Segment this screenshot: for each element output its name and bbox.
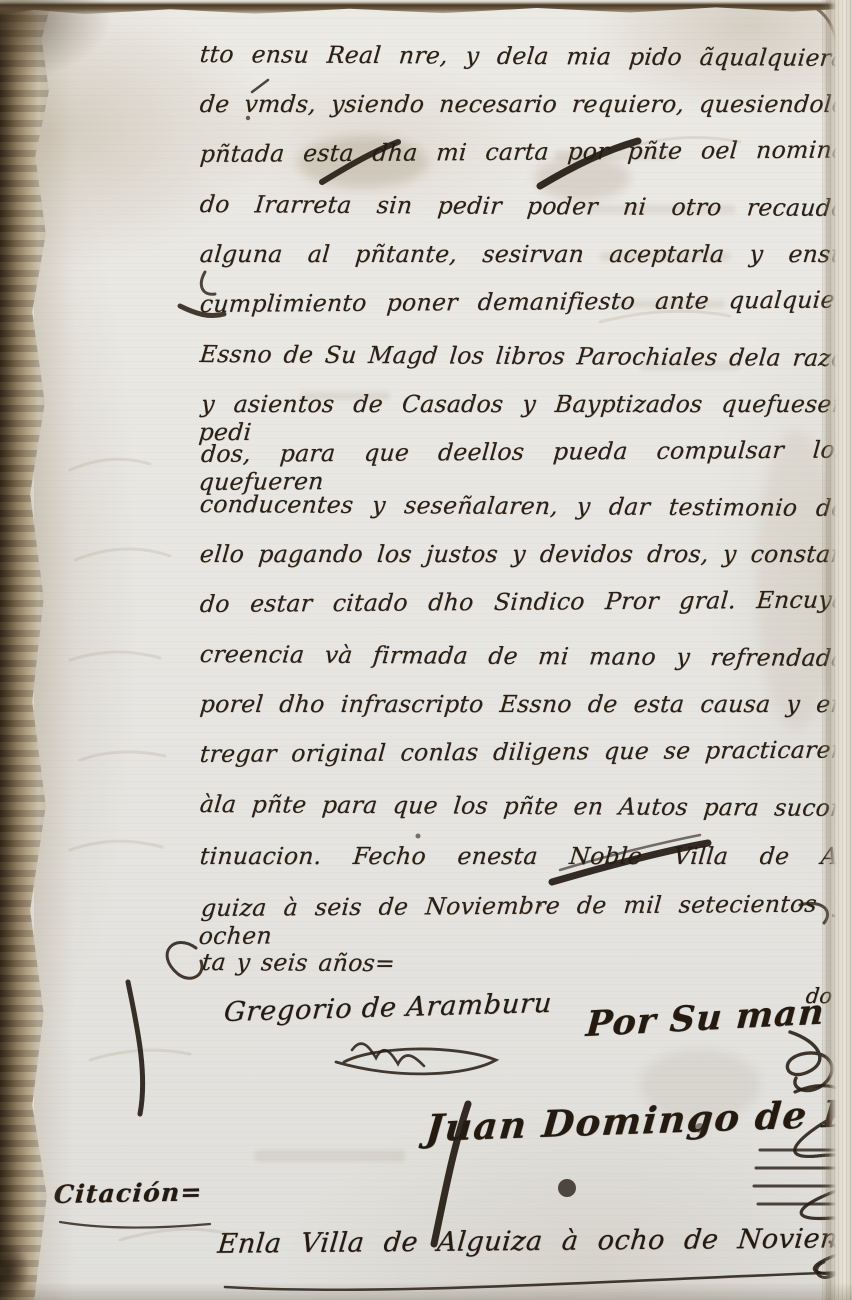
manuscript-scan-page: tto ensu Real nre, y dela mia pido ãqual…	[0, 0, 852, 1300]
manuscript-line-3: pñtada esta dha mi carta por pñte oel no…	[199, 135, 848, 168]
manuscript-line-15: tregar original conlas diligens que se p…	[199, 735, 848, 768]
book-fore-edge	[822, 0, 852, 1300]
closing-dateline: Enla Villa de Alguiza à ocho de Noviem	[216, 1223, 848, 1259]
verso-bleed-mark	[255, 1150, 405, 1162]
signature-juan-domingo: Juan Domingo de Elta	[424, 1089, 852, 1150]
manuscript-line-10: conducentes y seseñalaren, y dar testimo…	[199, 490, 847, 522]
manuscript-line-19: ta y seis años=	[201, 948, 397, 977]
manuscript-line-2: de vmds, ysiendo necesario requiero, que…	[199, 90, 847, 118]
manuscript-line-9: dos, para que deellos pueda compulsar lo…	[198, 435, 849, 496]
manuscript-line-16: àla pñte para que los pñte en Autos para…	[199, 790, 847, 822]
manuscript-line-6: cumplimiento poner demanifiesto ante qua…	[199, 285, 848, 318]
margin-note-citacion: Citación=	[53, 1177, 204, 1209]
manuscript-line-12: do estar citado dho Sindico Pror gral. E…	[199, 585, 848, 618]
attestation-formula: Por Su man	[585, 992, 827, 1045]
scan-corner-shadow	[0, 0, 170, 150]
manuscript-line-7: Essno de Su Magd los libros Parochiales …	[199, 340, 847, 372]
bottom-shadow	[0, 1282, 852, 1300]
manuscript-line-13: creencia và firmada de mi mano y refrend…	[199, 640, 847, 672]
manuscript-line-11: ello pagando los justos y devidos dros, …	[199, 540, 847, 568]
bottom-left-blotch	[0, 1232, 44, 1300]
manuscript-line-1: tto ensu Real nre, y dela mia pido ãqual…	[199, 40, 847, 72]
manuscript-line-5: alguna al pñtante, sesirvan aceptarla y …	[199, 240, 847, 268]
manuscript-line-14: porel dho infrascripto Essno de esta cau…	[199, 690, 847, 718]
manuscript-line-4: do Irarreta sin pedir poder ni otro reca…	[199, 190, 847, 222]
signature-gregorio-de-aramburu: Gregorio de Aramburu	[223, 988, 554, 1028]
manuscript-line-18: guiza à seis de Noviembre de mil setecie…	[198, 889, 849, 950]
manuscript-line-17: tinuacion. Fecho enesta Noble Villa de A…	[199, 842, 847, 870]
